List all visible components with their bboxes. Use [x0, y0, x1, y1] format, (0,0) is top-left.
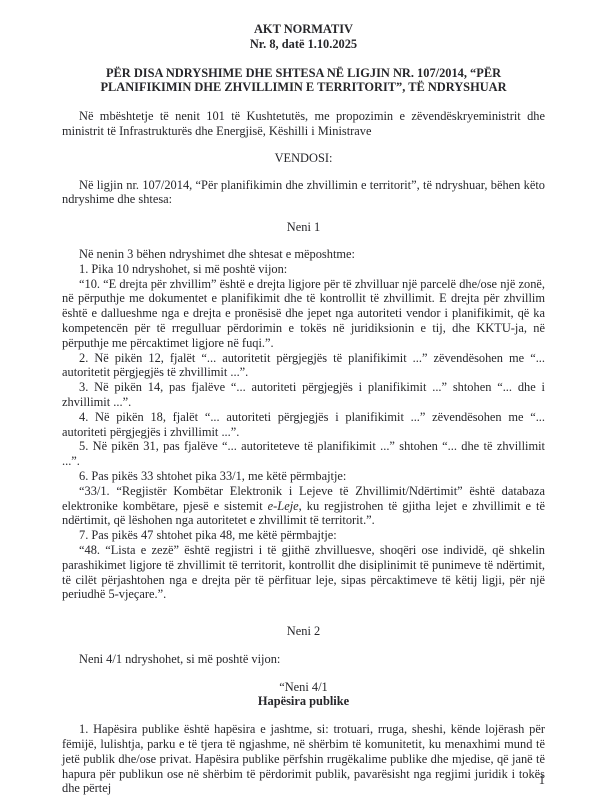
act-number-date: Nr. 8, datë 1.10.2025: [62, 37, 545, 52]
article-4-1-title: Hapësira publike: [62, 694, 545, 709]
article-1-point-6-content: “33/1. “Regjistër Kombëtar Elektronik i …: [62, 484, 545, 528]
article-1-point-7-content: “48. “Lista e zezë” është regjistri i të…: [62, 543, 545, 602]
article-1-point-7: 7. Pas pikës 47 shtohet pika 48, me këtë…: [62, 528, 545, 543]
decision-heading: VENDOSI:: [62, 151, 545, 166]
e-leje-system-name: e-Leje: [268, 499, 299, 513]
page-number: 1: [539, 773, 545, 788]
article-1-point-5: 5. Në pikën 31, pas fjalëve “... autorit…: [62, 439, 545, 469]
article-1-point-1-content: “10. “E drejta për zhvillim” është e dre…: [62, 277, 545, 351]
article-1-point-2: 2. Në pikën 12, fjalët “... autoritetit …: [62, 351, 545, 381]
article-2-intro: Neni 4/1 ndryshohet, si më poshtë vijon:: [62, 652, 545, 667]
intro-paragraph: Në ligjin nr. 107/2014, “Për planifikimi…: [62, 178, 545, 208]
preamble-paragraph: Në mbështetje të nenit 101 të Kushtetutë…: [62, 109, 545, 139]
article-1-point-4: 4. Në pikën 18, fjalët “... autoriteti p…: [62, 410, 545, 440]
article-1-point-1: 1. Pika 10 ndryshohet, si më poshtë vijo…: [62, 262, 545, 277]
article-4-1-point-1: 1. Hapësira publike është hapësira e jas…: [62, 722, 545, 796]
article-4-1-heading: “Neni 4/1: [62, 680, 545, 695]
act-title: PËR DISA NDRYSHIME DHE SHTESA NË LIGJIN …: [62, 66, 545, 96]
article-1-intro: Në nenin 3 bëhen ndryshimet dhe shtesat …: [62, 247, 545, 262]
article-1-point-3: 3. Në pikën 14, pas fjalëve “... autorit…: [62, 380, 545, 410]
document-page: AKT NORMATIV Nr. 8, datë 1.10.2025 PËR D…: [0, 0, 605, 800]
act-type-heading: AKT NORMATIV: [62, 22, 545, 37]
article-2-heading: Neni 2: [62, 624, 545, 639]
article-1-heading: Neni 1: [62, 220, 545, 235]
article-1-point-6: 6. Pas pikës 33 shtohet pika 33/1, me kë…: [62, 469, 545, 484]
